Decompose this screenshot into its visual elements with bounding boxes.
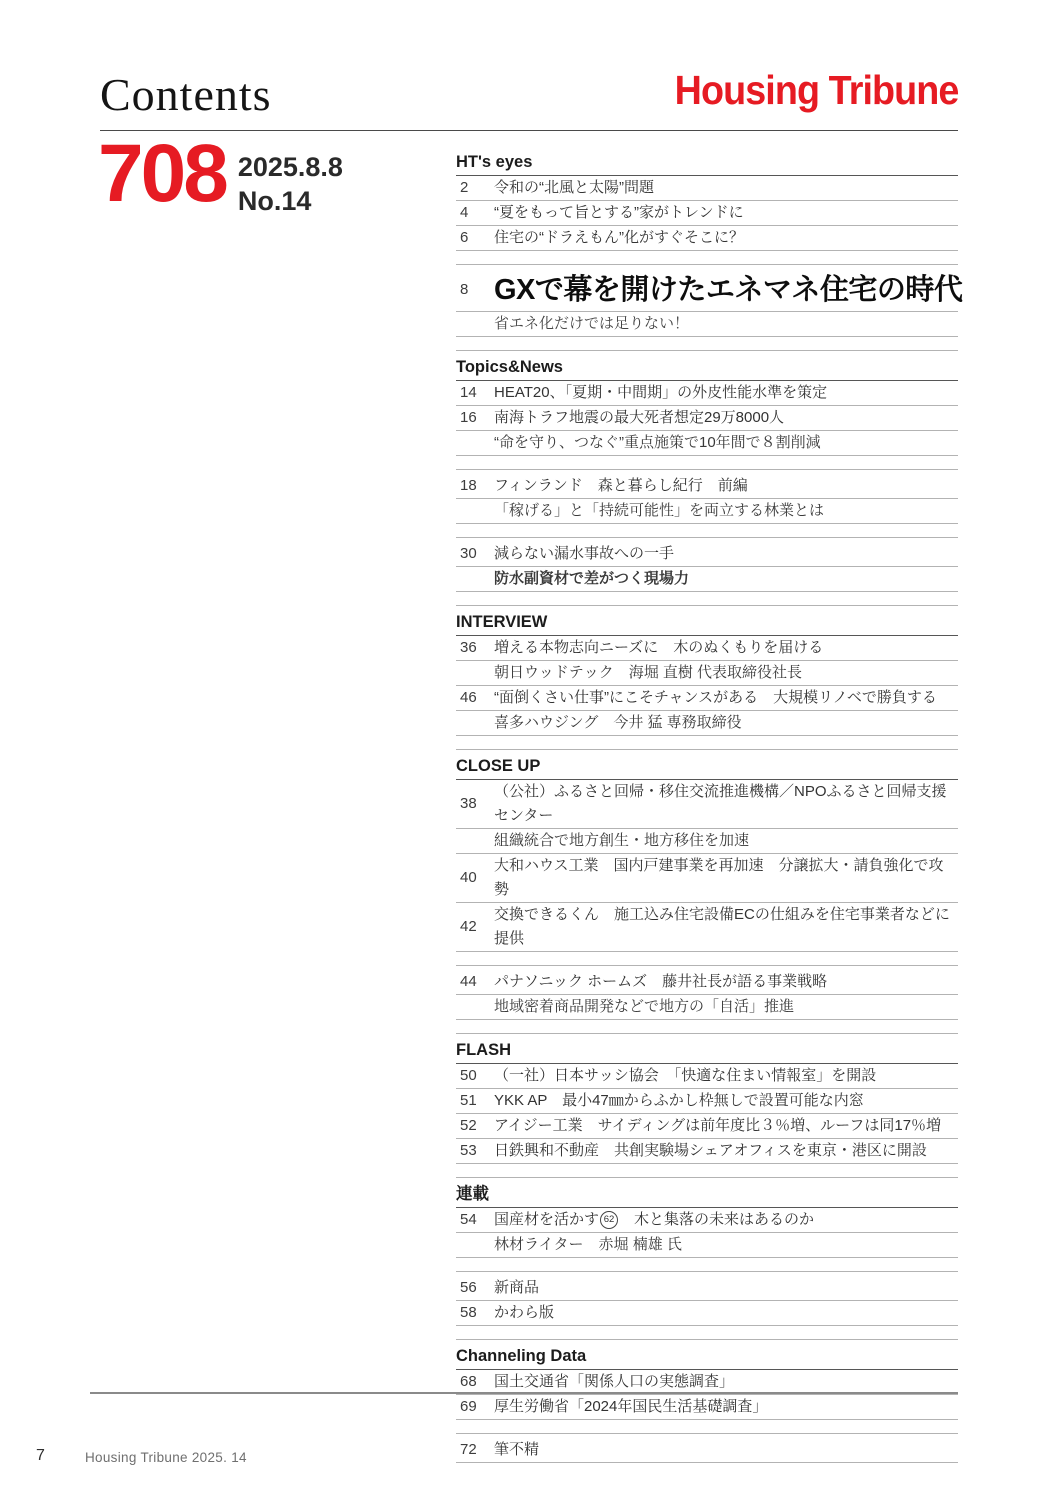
row-title: かわら版: [494, 1301, 958, 1325]
toc-row: 林材ライター 赤堀 楠雄 氏: [456, 1233, 958, 1258]
toc-row: 14HEAT20、「夏期・中間期」の外皮性能水準を策定: [456, 381, 958, 406]
toc-row: 36増える本物志向ニーズに 木のぬくもりを届ける: [456, 636, 958, 661]
section-spacer: [456, 592, 958, 606]
footer-page-number: 7: [36, 1447, 45, 1465]
toc-row: 53日鉄興和不動産 共創実験場シェアオフィスを東京・港区に開設: [456, 1139, 958, 1164]
toc-section: HT's eyes2令和の“北風と太陽”問題4“夏をもって旨とする”家がトレンド…: [456, 150, 958, 251]
row-title: GXで幕を開けたエネマネ住宅の時代: [494, 270, 962, 310]
row-title: “夏をもって旨とする”家がトレンドに: [494, 201, 958, 225]
row-title: 減らない漏水事故への一手: [494, 542, 958, 566]
page-title: Contents: [100, 72, 272, 118]
row-title: 住宅の“ドラえもん”化がすぐそこに？: [494, 226, 958, 250]
row-title: 新商品: [494, 1276, 958, 1300]
issue-no: No.14: [238, 184, 343, 218]
issue-number: 708: [98, 136, 226, 211]
toc-row: 42交換できるくん 施工込み住宅設備ECの仕組みを住宅事業者などに提供: [456, 903, 958, 952]
row-page-number: 53: [456, 1139, 494, 1163]
row-title: 朝日ウッドテック 海堀 直樹 代表取締役社長: [494, 661, 958, 685]
row-page-number: 16: [456, 406, 494, 430]
toc-section: 72筆不精: [456, 1438, 958, 1463]
section-header: INTERVIEW: [456, 610, 958, 636]
row-page-number: 4: [456, 201, 494, 225]
toc-section: FLASH50（一社）日本サッシ協会 「快適な住まい情報室」を開設51YKK A…: [456, 1038, 958, 1164]
toc-row: 「稼げる」と「持続可能性」を両立する林業とは: [456, 499, 958, 524]
row-page-number: 52: [456, 1114, 494, 1138]
brand-logo: Housing Tribune: [674, 70, 958, 111]
row-page-number: 8: [456, 278, 494, 302]
section-header: FLASH: [456, 1038, 958, 1064]
row-page-number: 14: [456, 381, 494, 405]
issue-meta: 2025.8.8 No.14: [238, 136, 343, 218]
footer-text: Housing Tribune 2025. 14: [85, 1450, 247, 1465]
toc-row: 喜多ハウジング 今井 猛 専務取締役: [456, 711, 958, 736]
section-spacer: [456, 456, 958, 470]
row-title: （公社）ふるさと回帰・移住交流推進機構／NPOふるさと回帰支援センター: [494, 780, 958, 828]
toc-row: 18フィンランド 森と暮らし紀行 前編: [456, 474, 958, 499]
toc-section: CLOSE UP38（公社）ふるさと回帰・移住交流推進機構／NPOふるさと回帰支…: [456, 754, 958, 952]
toc-row: 72筆不精: [456, 1438, 958, 1463]
toc-section: 30減らない漏水事故への一手防水副資材で差がつく現場力: [456, 542, 958, 592]
masthead-rule: [100, 130, 958, 131]
row-page-number: 42: [456, 915, 494, 939]
row-page-number: 46: [456, 686, 494, 710]
row-page-number: 38: [456, 792, 494, 816]
row-title: 交換できるくん 施工込み住宅設備ECの仕組みを住宅事業者などに提供: [494, 903, 958, 951]
row-page-number: 44: [456, 970, 494, 994]
toc-row: 69厚生労働省「2024年国民生活基礎調査」: [456, 1395, 958, 1420]
row-title: 防水副資材で差がつく現場力: [494, 567, 958, 591]
table-of-contents: HT's eyes2令和の“北風と太陽”問題4“夏をもって旨とする”家がトレンド…: [456, 150, 958, 1463]
toc-row: 2令和の“北風と太陽”問題: [456, 176, 958, 201]
section-spacer: [456, 1420, 958, 1434]
issue-date: 2025.8.8: [238, 150, 343, 184]
section-spacer: [456, 337, 958, 351]
row-page-number: 2: [456, 176, 494, 200]
row-title: 「稼げる」と「持続可能性」を両立する林業とは: [494, 499, 958, 523]
toc-row: 54国産材を活かす62 木と集落の未来はあるのか: [456, 1208, 958, 1233]
section-spacer: [456, 1258, 958, 1272]
toc-section: 44パナソニック ホームズ 藤井社長が語る事業戦略地域密着商品開発などで地方の「…: [456, 970, 958, 1020]
row-page-number: 69: [456, 1395, 494, 1419]
row-title: フィンランド 森と暮らし紀行 前編: [494, 474, 958, 498]
toc-row: 朝日ウッドテック 海堀 直樹 代表取締役社長: [456, 661, 958, 686]
row-title: “面倒くさい仕事”にこそチャンスがある 大規模リノベで勝負する: [494, 686, 958, 710]
section-header: Channeling Data: [456, 1344, 958, 1370]
row-title: 南海トラフ地震の最大死者想定29万8000人: [494, 406, 958, 430]
toc-row: 16南海トラフ地震の最大死者想定29万8000人: [456, 406, 958, 431]
row-title: 大和ハウス工業 国内戸建事業を再加速 分譲拡大・請負強化で攻勢: [494, 854, 958, 902]
row-title: 組織統合で地方創生・地方移住を加速: [494, 829, 958, 853]
toc-section: Channeling Data68国土交通省「関係人口の実態調査」69厚生労働省…: [456, 1344, 958, 1420]
toc-row: 50（一社）日本サッシ協会 「快適な住まい情報室」を開設: [456, 1064, 958, 1089]
row-title: 地域密着商品開発などで地方の「自活」推進: [494, 995, 958, 1019]
row-page-number: 58: [456, 1301, 494, 1325]
toc-section: Topics&News14HEAT20、「夏期・中間期」の外皮性能水準を策定16…: [456, 355, 958, 456]
row-page-number: 18: [456, 474, 494, 498]
section-header: 連載: [456, 1182, 958, 1208]
row-title: “命を守り、つなぐ”重点施策で10年間で８割削減: [494, 431, 958, 455]
toc-section: 連載54国産材を活かす62 木と集落の未来はあるのか林材ライター 赤堀 楠雄 氏: [456, 1182, 958, 1258]
toc-row: 防水副資材で差がつく現場力: [456, 567, 958, 592]
row-page-number: 36: [456, 636, 494, 660]
toc-row: 44パナソニック ホームズ 藤井社長が語る事業戦略: [456, 970, 958, 995]
section-spacer: [456, 736, 958, 750]
issue-block: 708 2025.8.8 No.14: [98, 136, 343, 218]
toc-row: 30減らない漏水事故への一手: [456, 542, 958, 567]
toc-row: 地域密着商品開発などで地方の「自活」推進: [456, 995, 958, 1020]
row-title: 喜多ハウジング 今井 猛 専務取締役: [494, 711, 958, 735]
section-header: CLOSE UP: [456, 754, 958, 780]
row-page-number: 40: [456, 866, 494, 890]
toc-row: 38（公社）ふるさと回帰・移住交流推進機構／NPOふるさと回帰支援センター: [456, 780, 958, 829]
contents-page: Contents Housing Tribune 708 2025.8.8 No…: [0, 0, 1058, 1497]
row-title: HEAT20、「夏期・中間期」の外皮性能水準を策定: [494, 381, 958, 405]
row-title: YKK AP 最小47㎜からふかし枠無しで設置可能な内窓: [494, 1089, 958, 1113]
section-header: Topics&News: [456, 355, 958, 381]
section-header: HT's eyes: [456, 150, 958, 176]
row-page-number: 50: [456, 1064, 494, 1088]
toc-row: 組織統合で地方創生・地方移住を加速: [456, 829, 958, 854]
toc-row: 46“面倒くさい仕事”にこそチャンスがある 大規模リノベで勝負する: [456, 686, 958, 711]
row-title: 国産材を活かす62 木と集落の未来はあるのか: [494, 1208, 958, 1232]
toc-row: 51YKK AP 最小47㎜からふかし枠無しで設置可能な内窓: [456, 1089, 958, 1114]
row-title: 筆不精: [494, 1438, 958, 1462]
row-page-number: 54: [456, 1208, 494, 1232]
section-spacer: [456, 524, 958, 538]
row-title: 日鉄興和不動産 共創実験場シェアオフィスを東京・港区に開設: [494, 1139, 958, 1163]
row-title: 厚生労働省「2024年国民生活基礎調査」: [494, 1395, 958, 1419]
row-page-number: 30: [456, 542, 494, 566]
toc-row: “命を守り、つなぐ”重点施策で10年間で８割削減: [456, 431, 958, 456]
circled-number: 62: [600, 1211, 618, 1229]
toc-row: 省エネ化だけでは足りない！: [456, 312, 958, 337]
toc-section: 8GXで幕を開けたエネマネ住宅の時代省エネ化だけでは足りない！: [456, 269, 958, 337]
toc-row: 6住宅の“ドラえもん”化がすぐそこに？: [456, 226, 958, 251]
toc-row: 40大和ハウス工業 国内戸建事業を再加速 分譲拡大・請負強化で攻勢: [456, 854, 958, 903]
toc-section: 18フィンランド 森と暮らし紀行 前編「稼げる」と「持続可能性」を両立する林業と…: [456, 474, 958, 524]
toc-section: INTERVIEW36増える本物志向ニーズに 木のぬくもりを届ける朝日ウッドテッ…: [456, 610, 958, 736]
row-title: 令和の“北風と太陽”問題: [494, 176, 958, 200]
toc-row: 4“夏をもって旨とする”家がトレンドに: [456, 201, 958, 226]
toc-row: 56新商品: [456, 1276, 958, 1301]
row-title: 増える本物志向ニーズに 木のぬくもりを届ける: [494, 636, 958, 660]
section-spacer: [456, 1326, 958, 1340]
section-spacer: [456, 251, 958, 265]
toc-row: 58かわら版: [456, 1301, 958, 1326]
section-spacer: [456, 1020, 958, 1034]
row-title: 林材ライター 赤堀 楠雄 氏: [494, 1233, 958, 1257]
row-page-number: 72: [456, 1438, 494, 1462]
toc-row: 52アイジー工業 サイディングは前年度比３％増、ルーフは同17％増: [456, 1114, 958, 1139]
toc-section: 56新商品58かわら版: [456, 1276, 958, 1326]
row-title: 国土交通省「関係人口の実態調査」: [494, 1370, 958, 1394]
section-spacer: [456, 952, 958, 966]
row-title: 省エネ化だけでは足りない！: [494, 312, 958, 336]
row-page-number: 56: [456, 1276, 494, 1300]
row-page-number: 51: [456, 1089, 494, 1113]
row-title: アイジー工業 サイディングは前年度比３％増、ルーフは同17％増: [494, 1114, 958, 1138]
row-title: （一社）日本サッシ協会 「快適な住まい情報室」を開設: [494, 1064, 958, 1088]
section-spacer: [456, 1164, 958, 1178]
row-title: パナソニック ホームズ 藤井社長が語る事業戦略: [494, 970, 958, 994]
row-page-number: 6: [456, 226, 494, 250]
toc-row: 8GXで幕を開けたエネマネ住宅の時代: [456, 269, 958, 312]
bottom-rule: [90, 1392, 958, 1394]
row-page-number: 68: [456, 1370, 494, 1394]
